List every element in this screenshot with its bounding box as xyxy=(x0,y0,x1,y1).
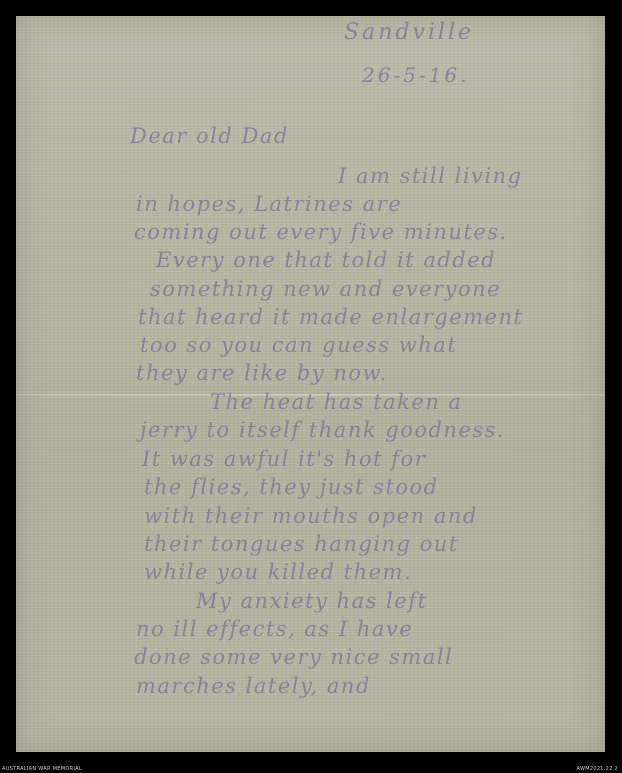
letter-line: with their mouths open and xyxy=(144,504,478,528)
letter-line: while you killed them. xyxy=(144,560,412,584)
footer-institution: AUSTRALIAN WAR MEMORIAL xyxy=(2,766,82,772)
letter-line: something new and everyone xyxy=(150,277,501,301)
letter-line: too so you can guess what xyxy=(140,333,457,357)
letter-line: marches lately, and xyxy=(136,674,371,698)
letter-line: done some very nice small xyxy=(134,645,453,669)
letter-line: their tongues hanging out xyxy=(144,532,459,556)
letter-line: My anxiety has left xyxy=(196,589,427,613)
letter-line: the flies, they just stood xyxy=(144,475,439,499)
letter-line: It was awful it's hot for xyxy=(142,447,426,471)
letter-body: I am still livingin hopes, Latrines arec… xyxy=(0,0,622,773)
scan-frame: Sandville 26-5-16. Dear old Dad I am sti… xyxy=(0,0,622,773)
letter-line: I am still living xyxy=(338,164,523,188)
letter-line: they are like by now. xyxy=(136,361,388,385)
letter-line: jerry to itself thank goodness. xyxy=(140,418,505,442)
letter-line: The heat has taken a xyxy=(210,390,463,414)
letter-line: that heard it made enlargement xyxy=(138,305,523,329)
footer-reference: AWM2021.22.2 xyxy=(577,766,618,772)
letter-line: Every one that told it added xyxy=(156,248,496,272)
letter-line: no ill effects, as I have xyxy=(136,617,413,641)
letter-line: coming out every five minutes. xyxy=(134,220,508,244)
letter-line: in hopes, Latrines are xyxy=(136,192,402,216)
